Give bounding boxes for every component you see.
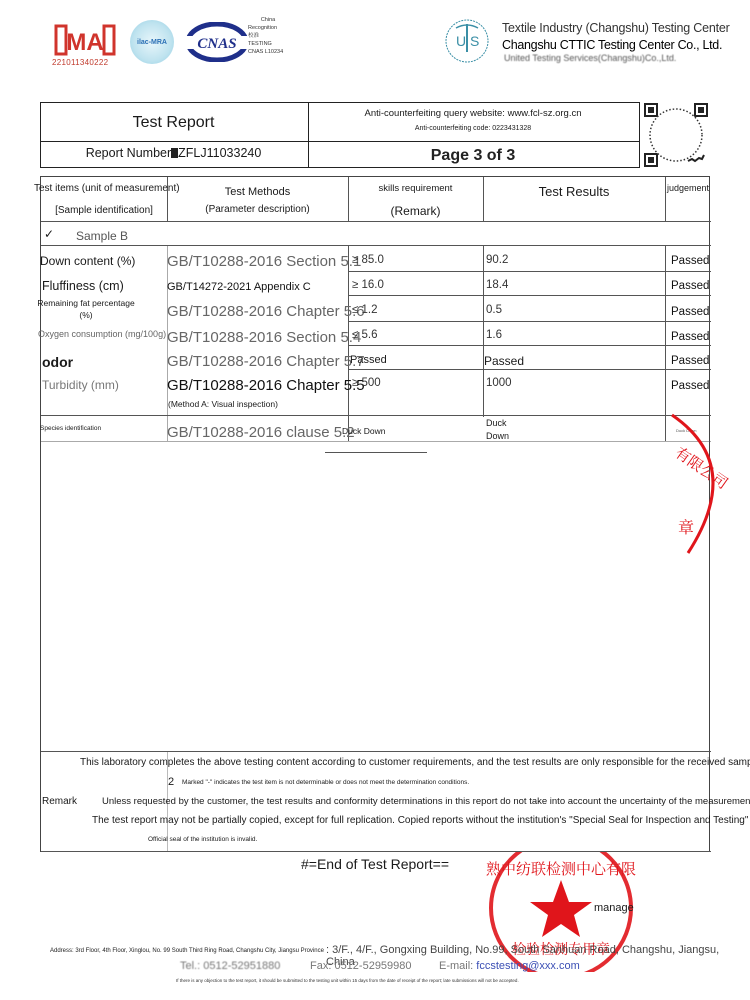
org-name-line1: Textile Industry (Changshu) Testing Cent… bbox=[502, 21, 730, 35]
anti-counterfeit-website: Anti-counterfeiting query website: www.f… bbox=[308, 108, 638, 119]
qr-code-icon bbox=[644, 103, 708, 167]
row-method: GB/T10288-2016 clause 5.2 bbox=[167, 424, 355, 441]
row-requirement: ≥ 500 bbox=[352, 377, 381, 389]
row-judgement: Passed bbox=[671, 306, 709, 318]
svg-text:有限公司: 有限公司 bbox=[672, 444, 731, 493]
header-judgement: judgement bbox=[665, 183, 711, 193]
telephone: Tel.: 0512-52951880 bbox=[180, 960, 280, 972]
uts-logo: U S bbox=[444, 18, 490, 64]
svg-text:CNAS: CNAS bbox=[197, 36, 236, 52]
remark-label: Remark bbox=[42, 796, 77, 807]
remark-line2: Marked "-" indicates the test item is no… bbox=[182, 779, 469, 786]
seal-stamp-partial: 有限公司 章 bbox=[660, 405, 740, 555]
header-sample-identification: [Sample identification] bbox=[34, 205, 174, 216]
objection-note: If there is any objection to the test re… bbox=[176, 978, 519, 983]
remark-line5: Official seal of the institution is inva… bbox=[148, 836, 257, 843]
header-test-items: Test items (unit of measurement) bbox=[34, 183, 174, 194]
cma-number: 221011340222 bbox=[52, 58, 108, 67]
row-requirement: ≤ 5.6 bbox=[352, 329, 378, 341]
report-title: Test Report bbox=[40, 114, 307, 132]
row-item: Fluffiness (cm) bbox=[42, 279, 124, 293]
header-parameter-description: (Parameter description) bbox=[167, 204, 348, 215]
fax: Fax: 0512-52959980 bbox=[310, 960, 412, 972]
svg-text:常熟中纺联检测中心有限公: 常熟中纺联检测中心有限公 bbox=[486, 860, 636, 878]
row-item: odor bbox=[42, 354, 73, 370]
check-icon: ✓ bbox=[44, 227, 54, 241]
row-method: GB/T10288-2016 Chapter 5.5 bbox=[167, 377, 365, 394]
cnas-side-text: China Recognition 校准 TESTING CNAS L10234 bbox=[248, 16, 288, 56]
row-method: GB/T14272-2021 Appendix C bbox=[167, 281, 311, 293]
row-judgement: Passed bbox=[671, 255, 709, 267]
report-number: Report NumberZFLJ11033240 bbox=[40, 146, 307, 160]
row-judgement: Passed bbox=[671, 280, 709, 292]
row-result: 0.5 bbox=[486, 304, 502, 316]
ilac-mra-logo: ilac-MRA bbox=[130, 20, 174, 64]
header-remark: (Remark) bbox=[348, 204, 483, 218]
row-method: GB/T10288-2016 Chapter 5.7 bbox=[167, 353, 365, 370]
row-result: 18.4 bbox=[486, 279, 508, 291]
divider bbox=[325, 452, 427, 453]
svg-text:U: U bbox=[456, 33, 466, 49]
remark-line4: The test report may not be partially cop… bbox=[92, 815, 750, 826]
page-indicator: Page 3 of 3 bbox=[308, 147, 638, 165]
row-method: GB/T10288-2016 Chapter 5.6 bbox=[167, 303, 365, 320]
row-requirement: Passed bbox=[350, 354, 387, 366]
remark-line3: Unless requested by the customer, the te… bbox=[102, 796, 750, 807]
row-requirement: ≥ 85.0 bbox=[352, 254, 384, 266]
row-item: Turbidity (mm) bbox=[42, 378, 119, 392]
row-result: 1.6 bbox=[486, 329, 502, 341]
cnas-logo: CNAS bbox=[186, 22, 248, 62]
row-result: Duck Down bbox=[486, 417, 516, 443]
remark-line1: This laboratory completes the above test… bbox=[80, 757, 750, 768]
row-item: Oxygen consumption (mg/100g) bbox=[38, 329, 166, 339]
address-en: Address: 3rd Floor, 4th Floor, Xinglou, … bbox=[50, 948, 324, 954]
end-of-report: #=End of Test Report== bbox=[0, 856, 750, 872]
row-item: Down content (%) bbox=[40, 254, 135, 268]
svg-text:MA: MA bbox=[66, 29, 103, 56]
row-requirement: ≥ 16.0 bbox=[352, 279, 384, 291]
row-requirement: ≤ 1.2 bbox=[352, 304, 378, 316]
remark-number: 2 bbox=[168, 776, 174, 788]
header-test-methods: Test Methods bbox=[167, 186, 348, 198]
anti-counterfeit-code: Anti-counterfeiting code: 0223431328 bbox=[308, 125, 638, 132]
header-skills-requirement: skills requirement bbox=[348, 183, 483, 194]
row-judgement: Passed bbox=[671, 355, 709, 367]
sample-label: Sample B bbox=[76, 229, 128, 243]
svg-text:章: 章 bbox=[678, 518, 694, 537]
row-method-note: (Method A: Visual inspection) bbox=[168, 399, 278, 409]
org-name-line3: United Testing Services(Changshu)Co.,Ltd… bbox=[504, 53, 676, 63]
cma-logo: MA bbox=[52, 22, 118, 58]
row-judgement: Passed bbox=[671, 380, 709, 392]
header-test-results: Test Results bbox=[483, 184, 665, 199]
svg-text:S: S bbox=[470, 33, 479, 49]
email[interactable]: E-mail: fccstesting@xxx.com bbox=[439, 960, 580, 972]
row-result: 1000 bbox=[486, 377, 512, 389]
row-method: GB/T10288-2016 Section 5.1 bbox=[167, 253, 361, 270]
row-method: GB/T10288-2016 Section 5.4 bbox=[167, 329, 361, 346]
manage-label: manage bbox=[594, 902, 634, 914]
row-result: Passed bbox=[484, 354, 524, 368]
org-name-line2: Changshu CTTIC Testing Center Co., Ltd. bbox=[502, 38, 722, 52]
row-item: Remaining fat percentage (%) bbox=[34, 297, 138, 321]
row-judgement: Passed bbox=[671, 331, 709, 343]
results-table bbox=[40, 176, 710, 852]
row-result: 90.2 bbox=[486, 254, 508, 266]
row-requirement: Duck Down bbox=[342, 426, 385, 436]
row-item: Species identification bbox=[40, 425, 101, 432]
